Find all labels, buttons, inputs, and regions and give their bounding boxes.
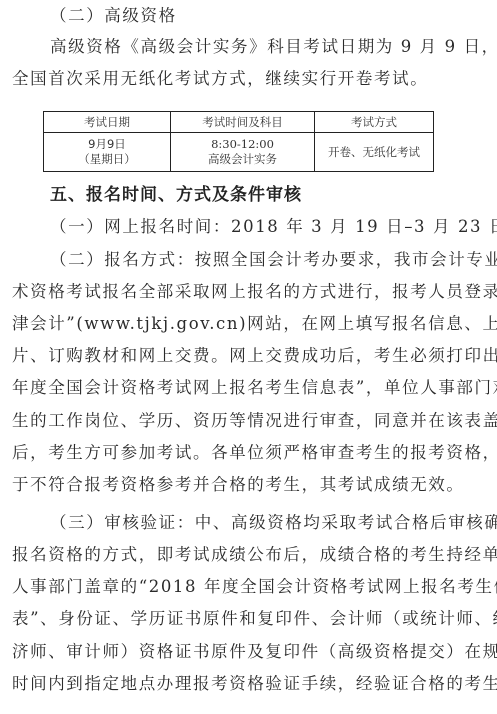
paragraph-line: 生的工作岗位、学历、资历等情况进行审查，同意并在该表盖章 [12,405,484,437]
section-heading-five: 五、报名时间、方式及条件审核 [12,179,484,211]
exam-schedule-table: 考试日期 考试时间及科目 考试方式 9月9日 （星期日） 8:30-12:00 … [43,111,434,172]
cell-method: 开卷、无纸化考试 [315,133,434,172]
paragraph-line: 人事部门盖章的“2018 年度全国会计资格考试网上报名考生信息 [12,571,484,603]
paragraph-line: 表”、身份证、学历证书原件和复印件、会计师（或统计师、经 [12,603,484,635]
subject-text: 高级会计实务 [171,152,314,167]
table-header-row: 考试日期 考试时间及科目 考试方式 [44,112,434,133]
paragraph-line: （一）网上报名时间：2018 年 3 月 19 日–3 月 23 日 [12,211,484,243]
paragraph-line: 全国首次采用无纸化考试方式，继续实行开卷考试。 [12,63,484,95]
column-header-date: 考试日期 [44,112,171,133]
paragraph-line: 于不符合报考资格参考并合格的考生，其考试成绩无效。 [12,469,484,501]
weekday-text: （星期日） [44,152,170,167]
column-header-method: 考试方式 [315,112,434,133]
paragraph-line: 时间内到指定地点办理报考资格验证手续，经验证合格的考生方 [12,668,484,700]
paragraph-line: 年度全国会计资格考试网上报名考生信息表”，单位人事部门对考 [12,372,484,404]
table-row: 9月9日 （星期日） 8:30-12:00 高级会计实务 开卷、无纸化考试 [44,133,434,172]
paragraph-line: 济师、审计师）资格证书原件及复印件（高级资格提交）在规定 [12,636,484,668]
paragraph-line: 后，考生方可参加考试。各单位须严格审查考生的报考资格，对 [12,437,484,469]
paragraph-line: 术资格考试报名全部采取网上报名的方式进行，报考人员登录“天 [12,276,484,308]
time-text: 8:30-12:00 [171,137,314,152]
date-text: 9月9日 [44,137,170,152]
paragraph-line: 报名资格的方式，即考试成绩公布后，成绩合格的考生持经单位 [12,539,484,571]
paragraph-line: （三）审核验证：中、高级资格均采取考试合格后审核确认 [12,507,484,539]
subsection-heading-senior: （二）高级资格 [12,0,484,32]
paragraph-line: 津会计”(www.tjkj.gov.cn)网站，在网上填写报名信息、上传照 [12,308,484,340]
paragraph-line: 片、订购教材和网上交费。网上交费成功后，考生必须打印出“2018 [12,340,484,372]
cell-date: 9月9日 （星期日） [44,133,171,172]
cell-time-subject: 8:30-12:00 高级会计实务 [171,133,315,172]
paragraph-line: 高级资格《高级会计实务》科目考试日期为 9 月 9 日，今年 [12,31,484,63]
column-header-time-subject: 考试时间及科目 [171,112,315,133]
paragraph-line: （二）报名方式：按照全国会计考办要求，我市会计专业技 [12,244,484,276]
